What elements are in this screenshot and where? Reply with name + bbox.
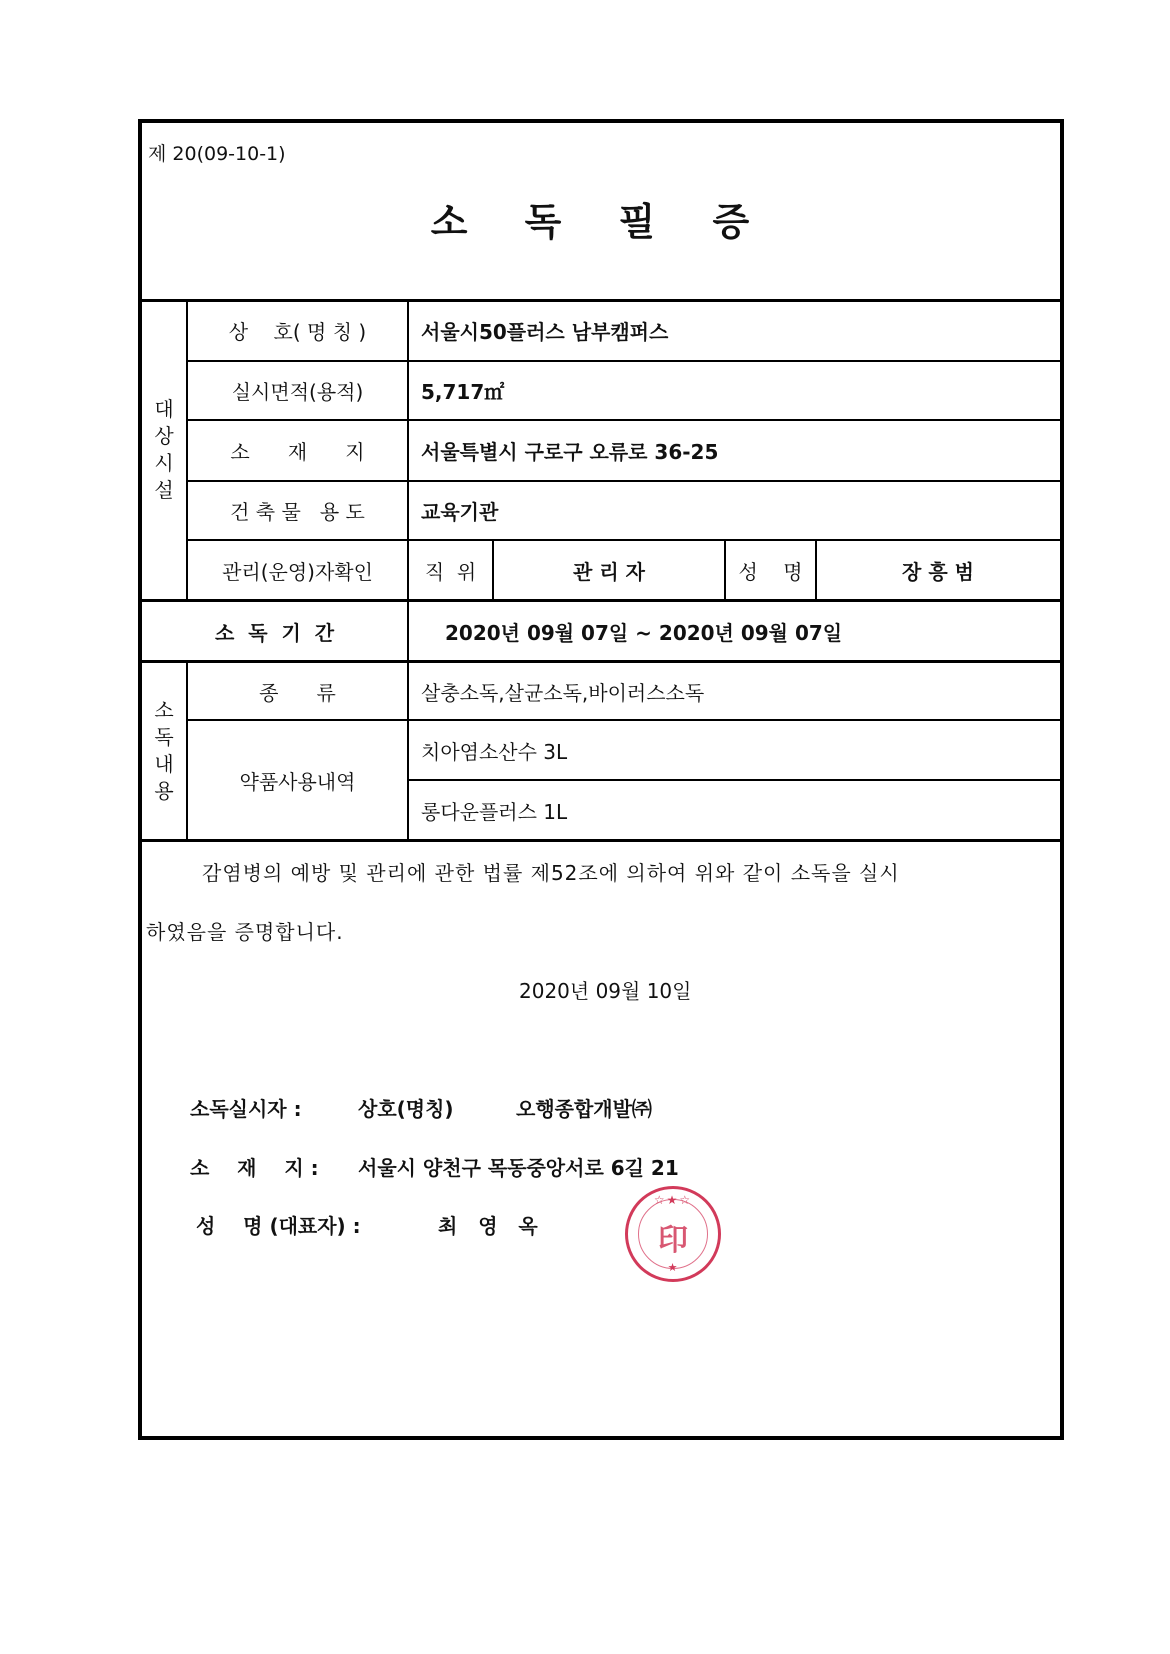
label-area: 실시면적(용적)	[188, 362, 407, 419]
label-position: 직 위	[409, 541, 492, 599]
section-label-disinfection-details: 소 독 내 용	[142, 663, 186, 839]
seal-text-ring: ☆★☆	[628, 1193, 718, 1207]
label-manager-check: 관리(운영)자확인	[188, 541, 407, 599]
label-period: 소 독 기 간	[142, 602, 407, 660]
section-char: 독	[154, 724, 173, 751]
value-type: 살충소독,살균소독,바이러스소독	[409, 663, 1059, 719]
label-representative: 성 명 (대표자) :	[196, 1216, 361, 1236]
section-char: 시	[154, 450, 173, 477]
document-title: 소 독 필 증	[142, 191, 1060, 246]
label-location: 소 재 지	[188, 421, 407, 480]
label-operator-address: 소 재 지 :	[190, 1158, 319, 1178]
issue-date: 2020년 09월 10일	[519, 981, 691, 1001]
chemical-item: 치아염소산수 3L	[409, 721, 1059, 779]
value-position: 관 리 자	[494, 541, 724, 599]
label-operator-company: 상호(명칭)	[358, 1099, 454, 1119]
document-number: 제 20(09-10-1)	[148, 139, 286, 166]
value-building-use: 교육기관	[409, 482, 1059, 539]
section-char: 대	[154, 396, 173, 423]
certificate-frame: 제 20(09-10-1) 소 독 필 증 대 상 시 설 상 호( 명 칭 )…	[138, 119, 1064, 1440]
value-operator-company: 오행종합개발㈜	[516, 1099, 652, 1119]
value-location: 서울특별시 구로구 오류로 36-25	[409, 421, 1059, 480]
certification-statement-line1: 감염병의 예방 및 관리에 관한 법률 제52조에 의하여 위와 같이 소독을 …	[202, 863, 900, 883]
seal-glyph-icon: 印	[628, 1215, 718, 1259]
section-char: 소	[154, 697, 173, 724]
value-business-name: 서울시50플러스 남부캠퍼스	[409, 301, 1059, 360]
section-char: 용	[154, 778, 173, 805]
section-char: 설	[154, 477, 173, 504]
label-executor: 소독실시자 :	[190, 1099, 302, 1119]
label-business-name: 상 호( 명 칭 )	[188, 301, 407, 360]
value-representative: 최 영 옥	[438, 1216, 538, 1236]
section-char: 내	[154, 751, 173, 778]
value-area: 5,717㎡	[409, 362, 1059, 419]
seal-star-ring: ★	[628, 1261, 718, 1274]
value-manager-name: 장 흥 범	[817, 541, 1059, 599]
label-type: 종 류	[188, 663, 407, 719]
section-label-target-facility: 대 상 시 설	[142, 301, 186, 599]
certification-statement-line2: 하였음을 증명합니다.	[146, 922, 344, 942]
value-period: 2020년 09월 07일 ~ 2020년 09월 07일	[409, 602, 1059, 660]
chemical-item: 롱다운플러스 1L	[409, 781, 1059, 839]
label-building-use: 건 축 물 용 도	[188, 482, 407, 539]
section-char: 상	[154, 423, 173, 450]
label-chemicals: 약품사용내역	[188, 721, 407, 839]
section-divider	[142, 839, 1060, 842]
company-seal-stamp: ☆★☆ 印 ★	[625, 1186, 721, 1282]
value-operator-address: 서울시 양천구 목동중앙서로 6길 21	[358, 1158, 679, 1178]
label-name: 성 명	[726, 541, 815, 599]
